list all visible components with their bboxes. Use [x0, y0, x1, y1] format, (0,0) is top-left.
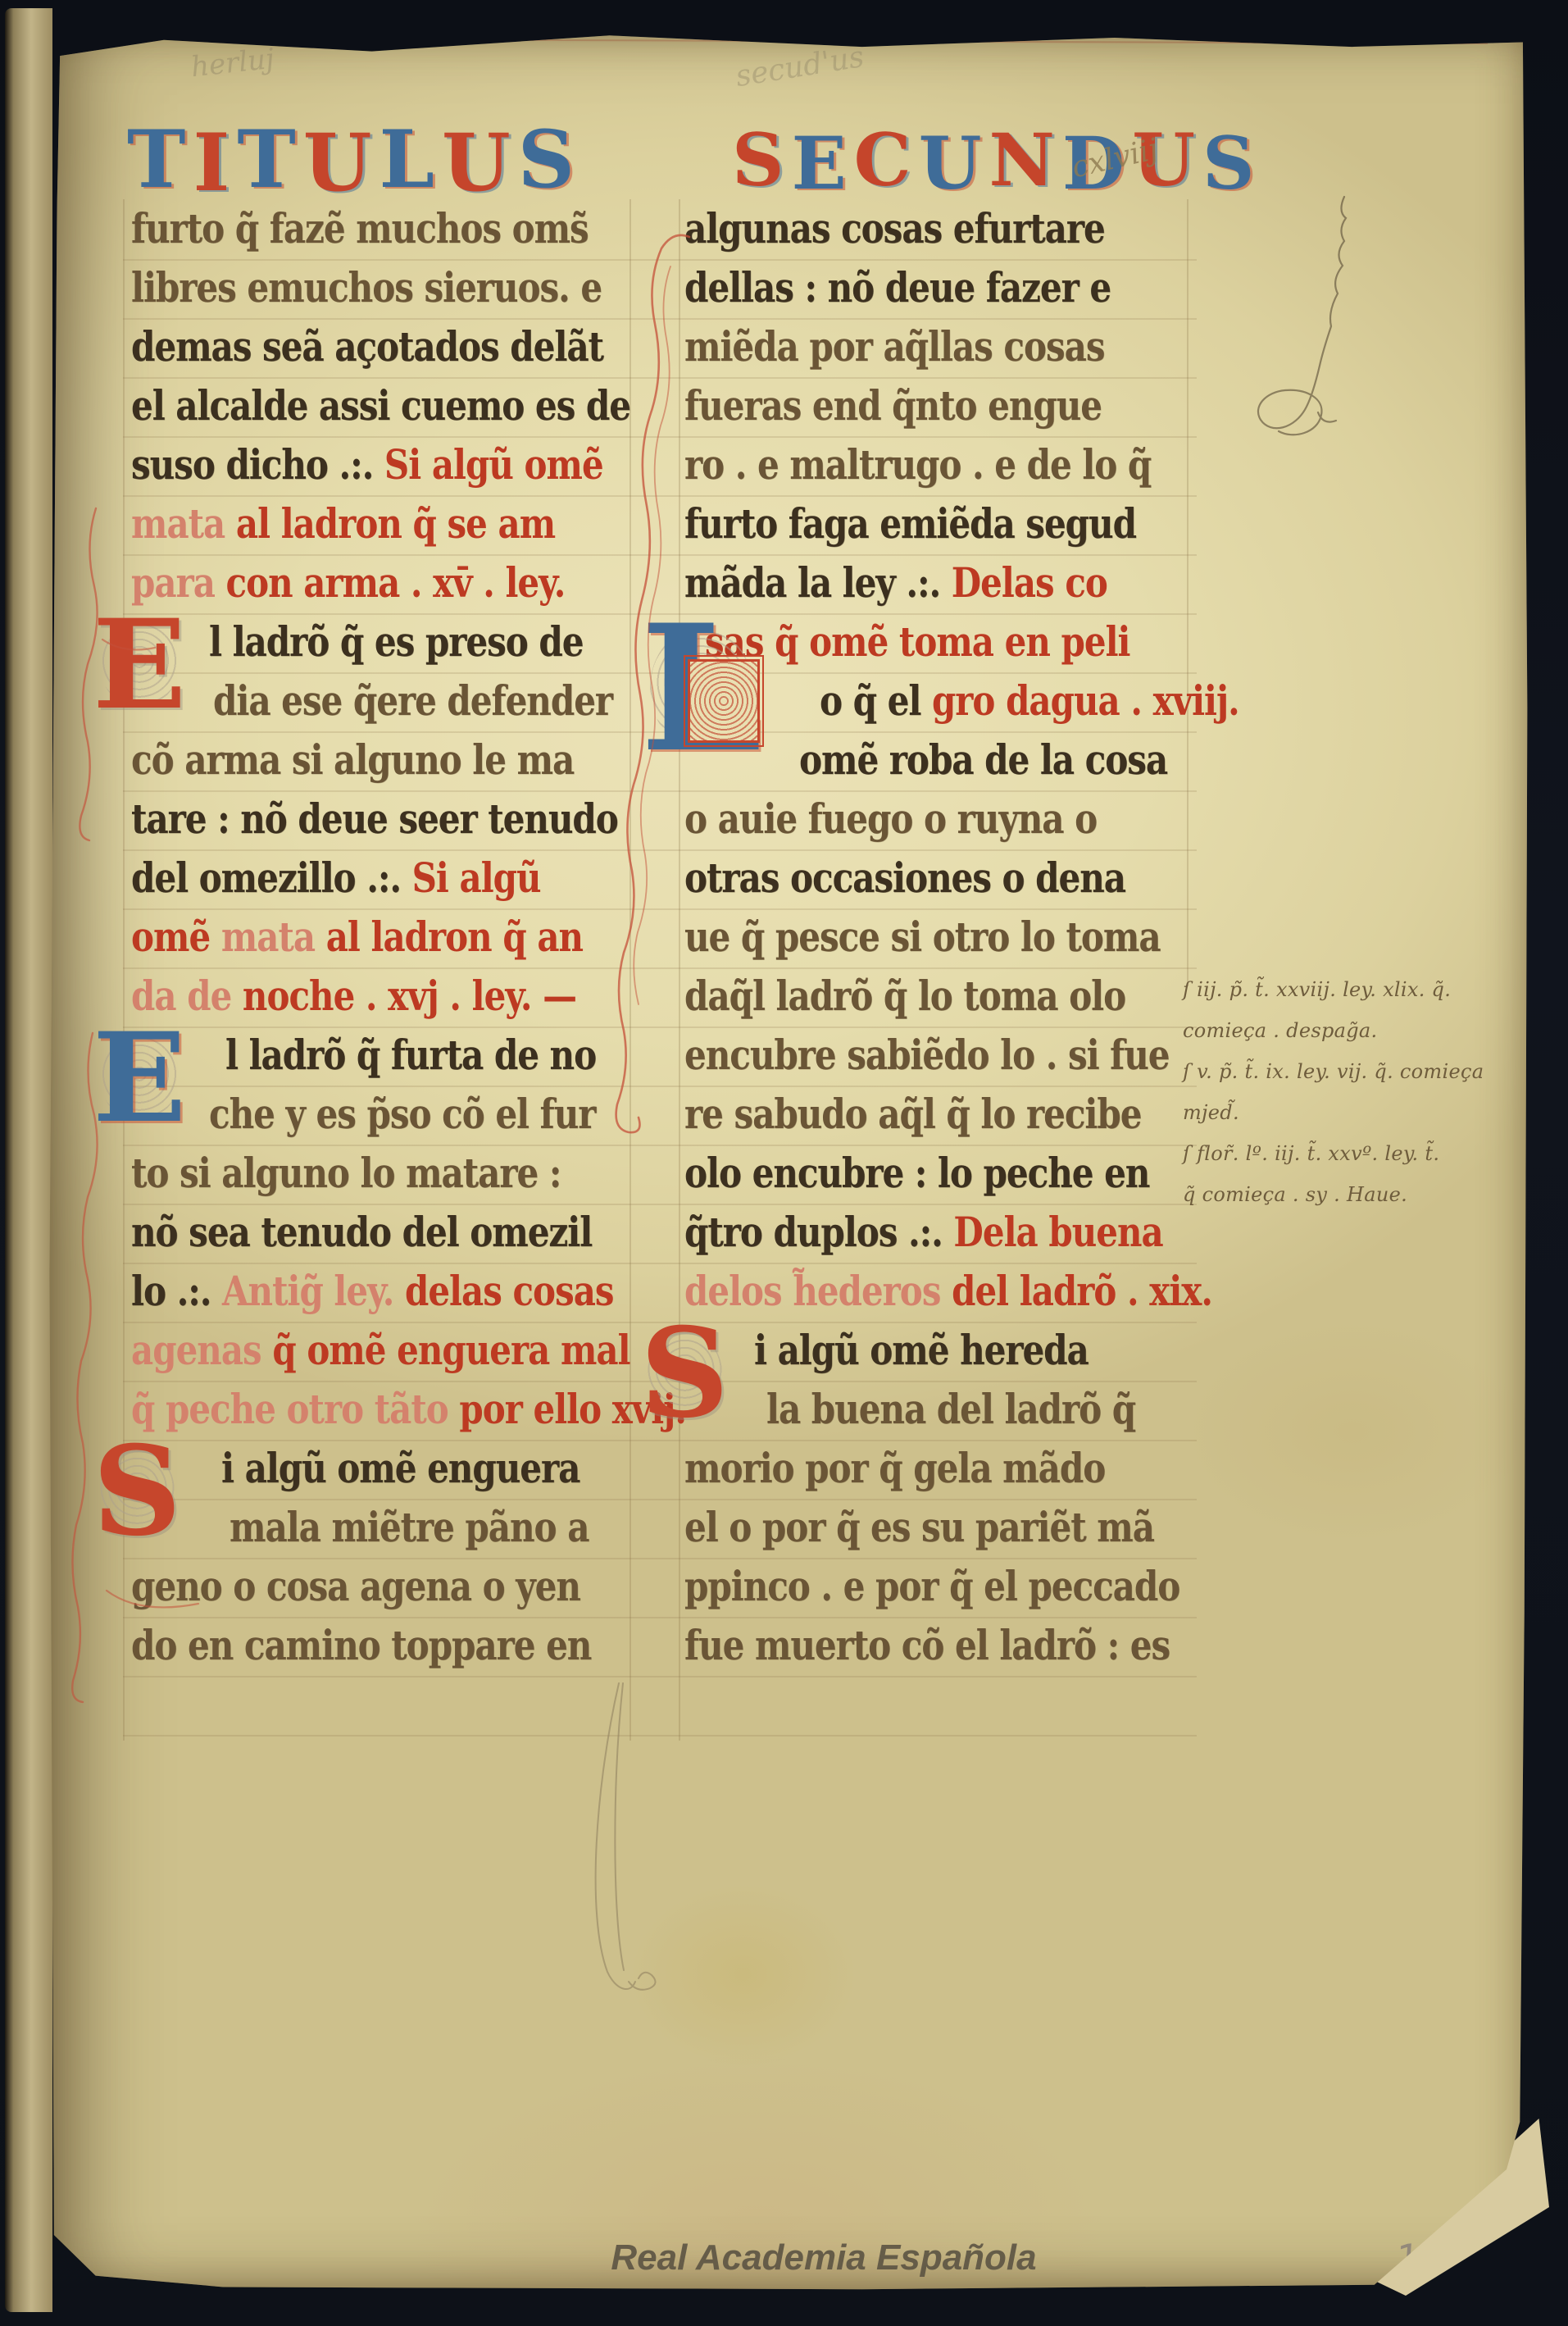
title-letter: T [237, 121, 297, 199]
text-line: omẽ roba de la cosa [799, 736, 1167, 784]
running-title-right: SECUNDUS [732, 124, 1257, 196]
ruling-vertical [629, 199, 631, 1741]
text-run: miẽda por aq̃llas cosas [684, 323, 1105, 371]
text-run: daq̃l ladrõ q̃ lo toma olo [684, 972, 1125, 1020]
title-annotation: secud'us [734, 40, 866, 93]
text-run: gro dagua . xviij. [932, 677, 1239, 725]
text-run: libres emuchos sieruos. e [131, 264, 602, 312]
margin-doodle [1258, 197, 1346, 435]
gloss-line: ſ flor̃. lº. iij. t̃. xxvº. ley. t̃. [1183, 1142, 1439, 1165]
text-line: sas q̃ omẽ toma en peli [705, 618, 1129, 666]
initial-letter: E [93, 593, 186, 737]
text-line: fueras end q̃nto engue [684, 382, 1102, 430]
text-line: i algũ omẽ enguera [221, 1445, 579, 1492]
initial-l: L [640, 608, 762, 768]
text-line: re sabudo aq̃l q̃ lo recibe [684, 1090, 1141, 1138]
text-line: ue q̃ pesce si otro lo toma [684, 913, 1161, 961]
title-letter: U [442, 124, 512, 203]
text-run: mata [131, 500, 225, 548]
text-run: o auie fuego o ruyna o [684, 795, 1097, 843]
text-run: Dela buena [953, 1209, 1162, 1256]
text-line: o q̃ el gro dagua . xviij. [820, 677, 1239, 725]
text-line: ro . e maltrugo . e de lo q̃ [684, 441, 1151, 489]
text-line: che y es p̃so cõ el fur [209, 1090, 595, 1138]
initial-e: E [93, 608, 186, 721]
text-run: furto faga emiẽda segud [684, 500, 1136, 548]
text-line: para con arma . xv̄ . ley. [131, 559, 565, 607]
text-run: ppinco . e por q̃ el peccado [684, 1563, 1179, 1610]
text-line: dia ese q̃ere defender [213, 677, 612, 725]
text-line: da de noche . xvj . ley. — [131, 972, 576, 1020]
text-run: l ladrõ q̃ furta de no [225, 1031, 596, 1079]
parchment-top-rule [94, 38, 1488, 44]
text-run: che y es p̃so cõ el fur [209, 1090, 595, 1138]
text-run: Antig̃ ley. [222, 1268, 393, 1315]
text-run: geno o cosa agena o yen [131, 1563, 580, 1610]
text-run: noche . xvj . ley. — [231, 972, 576, 1020]
text-line: ppinco . e por q̃ el peccado [684, 1563, 1179, 1610]
text-run: do en camino toppare en [131, 1622, 591, 1669]
text-run: morio por q̃ gela mãdo [684, 1445, 1105, 1492]
text-line: l ladrõ q̃ furta de no [225, 1031, 596, 1079]
text-run: to si alguno lo matare : [131, 1149, 561, 1197]
gloss-line: comieça . despag̃a. [1183, 1019, 1377, 1042]
text-run: furto q̃ fazẽ muchos oms̃ [131, 205, 589, 253]
text-line: omẽ mata al ladron q̃ an [131, 913, 583, 961]
ruling-vertical [679, 199, 680, 1741]
initial-letter: E [93, 1006, 186, 1150]
text-run: Si algũ [412, 854, 541, 902]
manuscript-page: TITULUS SECUNDUS furto q̃ fazẽ muchos om… [45, 29, 1530, 2292]
text-line: tare : nõ deue seer tenudo [131, 795, 618, 843]
previous-folio-edge [5, 8, 52, 2312]
text-run: lo .:. [131, 1268, 222, 1315]
text-line: furto faga emiẽda segud [684, 500, 1136, 548]
text-run: algunas cosas efurtare [684, 205, 1105, 253]
text-run: q̃ omẽ enguera mal [261, 1327, 630, 1374]
text-line: delos h̃ederos del ladrõ . xix. [684, 1268, 1212, 1315]
text-run: fue muerto cõ el ladrõ : es [684, 1622, 1170, 1669]
text-line: furto q̃ fazẽ muchos oms̃ [131, 205, 589, 253]
text-line: geno o cosa agena o yen [131, 1563, 580, 1610]
text-run: sas q̃ omẽ toma en peli [705, 618, 1129, 666]
ruling-vertical [1187, 199, 1188, 986]
text-run: omẽ [131, 913, 221, 961]
text-line: do en camino toppare en [131, 1622, 591, 1669]
title-letter: I [193, 124, 231, 203]
title-letter: S [1202, 127, 1257, 199]
pen-trial-annotation: herluj [189, 43, 275, 84]
text-line: lo .:. Antig̃ ley. delas cosas [131, 1268, 614, 1315]
title-letter: T [127, 121, 187, 199]
text-run: dellas : nõ deue fazer e [684, 264, 1111, 312]
text-run: Delas co [952, 559, 1107, 607]
title-letter: N [989, 124, 1056, 196]
text-run: olo encubre : lo peche en [684, 1149, 1149, 1197]
title-letter: C [854, 124, 913, 196]
text-line: nõ sea tenudo del omezil [131, 1209, 592, 1256]
text-line: morio por q̃ gela mãdo [684, 1445, 1105, 1492]
text-line: olo encubre : lo peche en [684, 1149, 1149, 1197]
text-line: demas seã açotados delãt [131, 323, 603, 371]
text-line: el o por q̃ es su pariẽt mã [684, 1504, 1154, 1551]
title-letter: S [732, 124, 786, 196]
text-run: delas cosas [393, 1268, 613, 1315]
text-line: i algũ omẽ hereda [754, 1327, 1089, 1374]
text-run: agenas [131, 1327, 261, 1374]
title-letter: S [518, 121, 576, 199]
text-run: nõ sea tenudo del omezil [131, 1209, 592, 1256]
text-run: al ladron q̃ se am [225, 500, 555, 548]
text-line: miẽda por aq̃llas cosas [684, 323, 1105, 371]
text-line: l ladrõ q̃ es preso de [209, 618, 583, 666]
running-title-left: TITULUS [127, 121, 576, 199]
text-run: con arma . xv̄ . ley. [215, 559, 565, 607]
text-run: demas seã açotados delãt [131, 323, 603, 371]
text-line: o auie fuego o ruyna o [684, 795, 1097, 843]
text-line: agenas q̃ omẽ enguera mal [131, 1327, 630, 1374]
text-run: del ladrõ . xix. [940, 1268, 1212, 1315]
initial-letter: S [93, 1419, 181, 1564]
text-run: el alcalde assi cuemo es de [131, 382, 630, 430]
initial-letter: S [640, 1301, 729, 1445]
text-run: l ladrõ q̃ es preso de [209, 618, 583, 666]
gloss-line: ſ iij. p̃. t̃. xxviij. ley. xlix. q̃. [1183, 978, 1451, 1001]
text-line: q̃ peche otro tãto por ello xvij. [131, 1386, 686, 1433]
title-letter: E [792, 127, 848, 199]
title-letter: U [303, 124, 374, 203]
library-watermark: Real Academia Española [529, 2237, 1119, 2278]
text-run: q̃tro duplos .:. [684, 1209, 953, 1256]
text-line: encubre sabiẽdo lo . si fue [684, 1031, 1170, 1079]
gloss-line: mjed̃. [1183, 1101, 1239, 1124]
title-letter: U [919, 127, 984, 199]
text-line: cõ arma si alguno le ma [131, 736, 574, 784]
text-run: el o por q̃ es su pariẽt mã [684, 1504, 1154, 1551]
title-letter: L [380, 121, 437, 199]
gloss-line: ſ v. p̃. t̃. ix. ley. vij. q̃. comieça [1183, 1060, 1484, 1083]
text-run: suso dicho .:. [131, 441, 384, 489]
initial-e: E [93, 1022, 186, 1135]
text-run: otras occasiones o dena [684, 854, 1125, 902]
text-line: dellas : nõ deue fazer e [684, 264, 1111, 312]
text-run: fueras end q̃nto engue [684, 382, 1102, 430]
text-run: i algũ omẽ hereda [754, 1327, 1089, 1374]
text-run: encubre sabiẽdo lo . si fue [684, 1031, 1170, 1079]
text-line: libres emuchos sieruos. e [131, 264, 602, 312]
initial-s: S [640, 1317, 729, 1430]
text-run: tare : nõ deue seer tenudo [131, 795, 618, 843]
text-run: ue q̃ pesce si otro lo toma [684, 913, 1161, 961]
text-run: omẽ roba de la cosa [799, 736, 1167, 784]
text-line: fue muerto cõ el ladrõ : es [684, 1622, 1170, 1669]
text-line: el alcalde assi cuemo es de [131, 382, 630, 430]
text-run: re sabudo aq̃l q̃ lo recibe [684, 1090, 1141, 1138]
text-line: otras occasiones o dena [684, 854, 1125, 902]
text-run: mata [221, 913, 315, 961]
text-run: o q̃ el [820, 677, 932, 725]
text-line: mala miẽtre pãno a [230, 1504, 589, 1551]
text-run: al ladron q̃ an [315, 913, 583, 961]
initial-s: S [93, 1435, 181, 1548]
text-run: mala miẽtre pãno a [230, 1504, 589, 1551]
text-run: dia ese q̃ere defender [213, 677, 612, 725]
text-line: to si alguno lo matare : [131, 1149, 561, 1197]
text-run: i algũ omẽ enguera [221, 1445, 579, 1492]
text-line: del omezillo .:. Si algũ [131, 854, 541, 902]
text-line: la buena del ladrõ q̃ [766, 1386, 1135, 1433]
photo-background: TITULUS SECUNDUS furto q̃ fazẽ muchos om… [0, 0, 1568, 2326]
text-line: q̃tro duplos .:. Dela buena [684, 1209, 1163, 1256]
text-run: cõ arma si alguno le ma [131, 736, 574, 784]
initial-pattern-box [688, 659, 760, 743]
gloss-line: q̃ comieça . sy . Haue. [1183, 1183, 1407, 1206]
text-line: mata al ladron q̃ se am [131, 500, 555, 548]
text-run: Si algũ omẽ [384, 441, 603, 489]
text-run: del omezillo .:. [131, 854, 412, 902]
text-run: la buena del ladrõ q̃ [766, 1386, 1135, 1433]
text-line: daq̃l ladrõ q̃ lo toma olo [684, 972, 1125, 1020]
text-line: suso dicho .:. Si algũ omẽ [131, 441, 603, 489]
text-run: ro . e maltrugo . e de lo q̃ [684, 441, 1151, 489]
text-line: algunas cosas efurtare [684, 205, 1105, 253]
